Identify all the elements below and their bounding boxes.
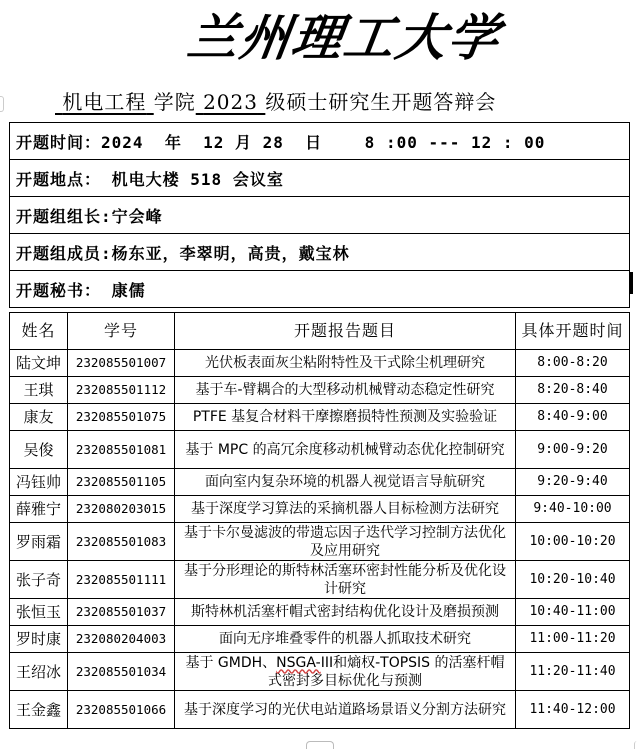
info-value: 杨东亚，李翠明，高贵，戴宝林 — [112, 244, 350, 263]
info-label: 开题地点： — [16, 170, 101, 189]
info-label: 开题时间： — [16, 133, 101, 152]
info-row-time: 开题时间：2024 年 12 月 28 日 8 :00 --- 12 : 00 — [10, 123, 630, 160]
meeting-info-table: 开题时间：2024 年 12 月 28 日 8 :00 --- 12 : 00 … — [9, 122, 630, 308]
topic-cell: 基于 GMDH、NSGA-III和熵权-TOPSIS 的活塞杆帽式密封多目标优化… — [175, 653, 516, 691]
table-row: 康友232085501075PTFE 基复合材料干摩擦磨损特性预测及实验验证8:… — [10, 404, 630, 431]
table-row: 吴俊232085501081基于 MPC 的高冗余度移动机械臂动态优化控制研究9… — [10, 431, 630, 469]
table-row: 张子奇232085501111基于分形理论的斯特林活塞环密封性能分析及优化设计研… — [10, 561, 630, 599]
table-row: 王金鑫232085501066基于深度学习的光伏电站道路场景语义分割方法研究11… — [10, 691, 630, 729]
university-logo: 兰州理工大学 — [184, 8, 462, 68]
cohort-year: 2023 — [196, 90, 266, 114]
info-value: 2024 年 12 月 28 日 8 :00 --- 12 : 00 — [101, 133, 545, 152]
info-row-leader: 开题组组长:宁会峰 — [10, 197, 630, 234]
header-time: 具体开题时间 — [516, 313, 630, 350]
info-value: 宁会峰 — [112, 207, 163, 226]
spellcheck-flag: NSGA- — [276, 655, 321, 671]
header-name: 姓名 — [10, 313, 68, 350]
table-row: 薛雅宁232080203015基于深度学习算法的采摘机器人目标检测方法研究9:4… — [10, 496, 630, 523]
school-name: 机电工程 — [55, 90, 154, 114]
table-row: 陆文坤232085501007光伏板表面灰尘粘附特性及干式除尘机理研究8:00-… — [10, 350, 630, 377]
table-row: 王绍冰232085501034基于 GMDH、NSGA-III和熵权-TOPSI… — [10, 653, 630, 691]
document-title: 机电工程 学院 2023 级硕士研究生开题答辩会 — [55, 88, 496, 116]
school-suffix: 学院 — [154, 90, 196, 114]
info-label: 开题组成员: — [16, 244, 112, 263]
info-row-members: 开题组成员:杨东亚，李翠明，高贵，戴宝林 — [10, 234, 630, 271]
schedule-table: 姓名 学号 开题报告题目 具体开题时间 陆文坤232085501007光伏板表面… — [9, 312, 630, 729]
info-label: 开题组组长: — [16, 207, 112, 226]
table-row: 冯钰帅232085501105面向室内复杂环境的机器人视觉语言导航研究9:20-… — [10, 469, 630, 496]
table-row: 王琪232085501112基于车-臂耦合的大型移动机械臂动态稳定性研究8:20… — [10, 377, 630, 404]
header-student-id: 学号 — [68, 313, 175, 350]
info-value: 机电大楼 518 会议室 — [101, 170, 284, 189]
info-value: 康儒 — [101, 281, 146, 300]
table-row: 罗雨霜232085501083基于卡尔曼滤波的带遗忘因子迭代学习控制方法优化及应… — [10, 523, 630, 561]
table-row: 张恒玉232085501037斯特林机活塞杆帽式密封结构优化设计及磨损预测10:… — [10, 599, 630, 626]
table-header-row: 姓名 学号 开题报告题目 具体开题时间 — [10, 313, 630, 350]
info-label: 开题秘书： — [16, 281, 101, 300]
page-handle[interactable] — [306, 741, 334, 749]
info-row-location: 开题地点： 机电大楼 518 会议室 — [10, 160, 630, 197]
text-cursor-mark — [629, 272, 633, 294]
title-rest: 级硕士研究生开题答辩会 — [265, 90, 496, 114]
side-scroll-marker — [0, 96, 4, 112]
header-topic: 开题报告题目 — [175, 313, 516, 350]
info-row-secretary: 开题秘书： 康儒 — [10, 271, 630, 308]
table-row: 罗时康232080204003面向无序堆叠零件的机器人抓取技术研究11:00-1… — [10, 626, 630, 653]
